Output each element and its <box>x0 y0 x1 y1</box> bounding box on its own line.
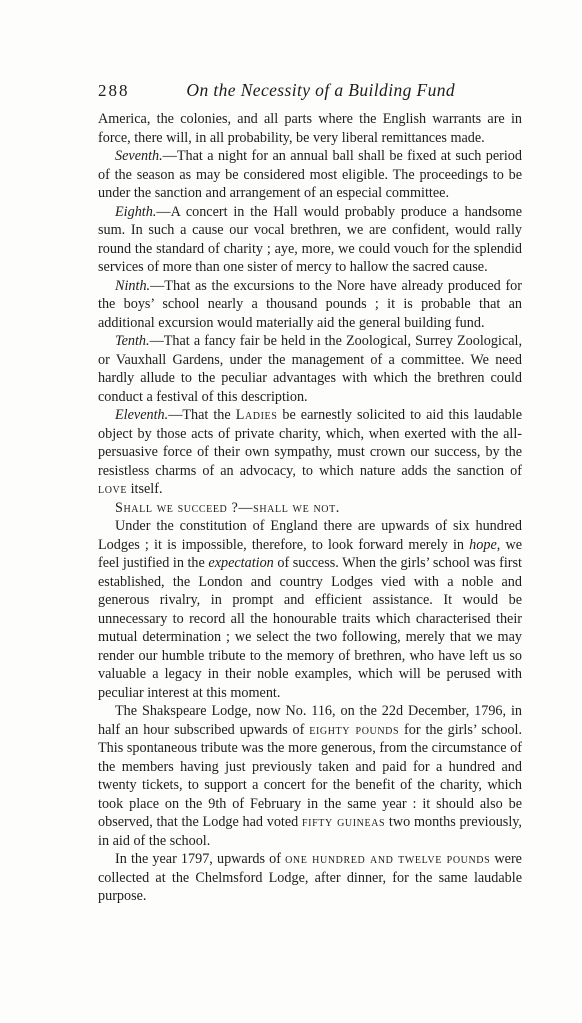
page-number: 288 <box>98 81 130 101</box>
paragraph-eleventh: Eleventh.—That the Ladies be earnestly s… <box>98 406 522 499</box>
paragraph-seventh: Seventh.—That a night for an annual ball… <box>98 147 522 203</box>
paragraph-under-constitution: Under the constitution of England there … <box>98 517 522 702</box>
page-body: America, the colonies, and all parts whe… <box>98 110 522 906</box>
paragraph-chelmsford-1797: In the year 1797, upwards of one hundred… <box>98 850 522 906</box>
paragraph-continuation: America, the colonies, and all parts whe… <box>98 110 522 147</box>
book-page: 288 On the Necessity of a Building Fund … <box>0 0 582 1023</box>
paragraph-eighth: Eighth.—A concert in the Hall would prob… <box>98 203 522 277</box>
paragraph-ninth: Ninth.—That as the excursions to the Nor… <box>98 277 522 333</box>
page-header: 288 On the Necessity of a Building Fund <box>98 80 522 101</box>
running-title: On the Necessity of a Building Fund <box>130 80 523 101</box>
paragraph-tenth: Tenth.—That a fancy fair be held in the … <box>98 332 522 406</box>
paragraph-shakspeare-lodge: The Shakspeare Lodge, now No. 116, on th… <box>98 702 522 850</box>
heading-shall-we-succeed: Shall we succeed ?—shall we not. <box>98 499 522 518</box>
